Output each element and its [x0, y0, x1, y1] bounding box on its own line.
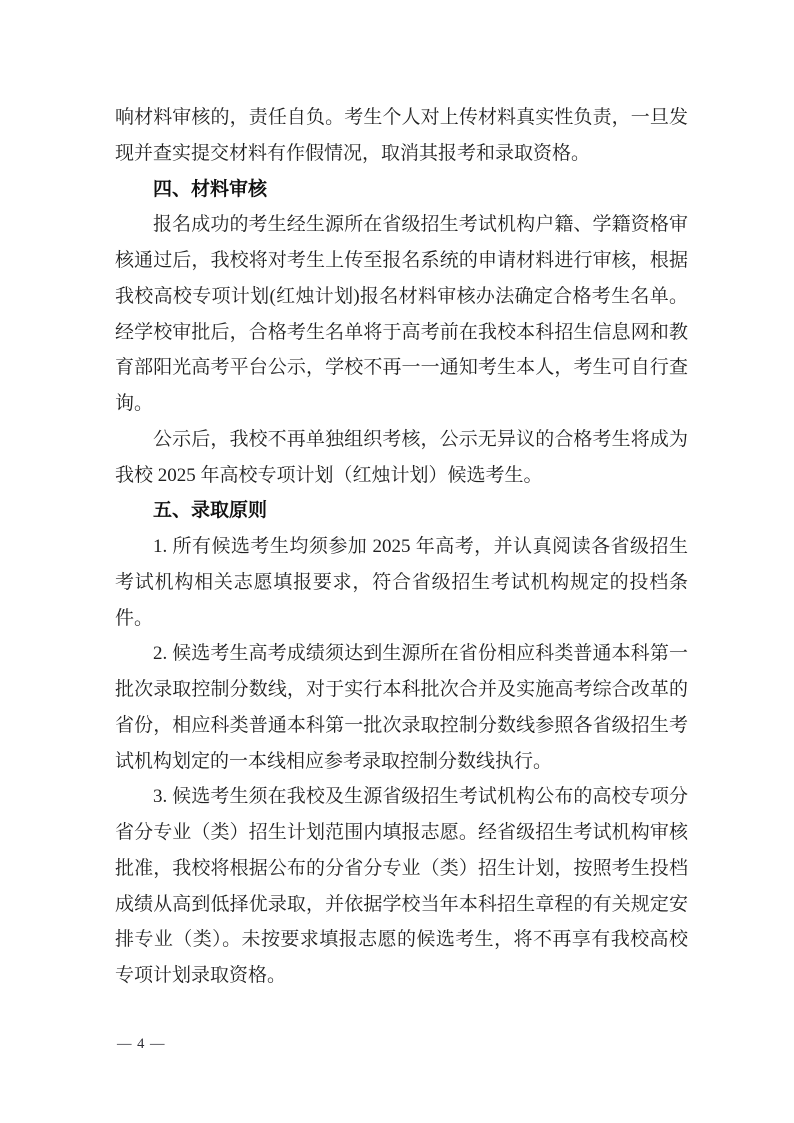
paragraph-publicity-candidates: 公示后，我校不再单独组织考核，公示无异议的合格考生将成为我校 2025 年高校专… — [115, 422, 688, 494]
section-heading-material-review: 四、材料审核 — [115, 172, 688, 208]
page-number: — 4 — — [117, 1036, 166, 1053]
paragraph-principle-3: 3. 候选考生须在我校及生源省级招生考试机构公布的高校专项分省分专业（类）招生计… — [115, 779, 688, 994]
paragraph-continued-liability: 响材料审核的，责任自负。考生个人对上传材料真实性负责，一旦发现并查实提交材料有作… — [115, 100, 688, 172]
paragraph-material-review-process: 报名成功的考生经生源所在省级招生考试机构户籍、学籍资格审核通过后，我校将对考生上… — [115, 207, 688, 422]
document-body: 响材料审核的，责任自负。考生个人对上传材料真实性负责，一旦发现并查实提交材料有作… — [115, 100, 688, 994]
document-page: 响材料审核的，责任自负。考生个人对上传材料真实性负责，一旦发现并查实提交材料有作… — [0, 0, 794, 1123]
paragraph-principle-1: 1. 所有候选考生均须参加 2025 年高考，并认真阅读各省级招生考试机构相关志… — [115, 529, 688, 636]
paragraph-principle-2: 2. 候选考生高考成绩须达到生源所在省份相应科类普通本科第一批次录取控制分数线，… — [115, 636, 688, 779]
section-heading-admission-principles: 五、录取原则 — [115, 493, 688, 529]
